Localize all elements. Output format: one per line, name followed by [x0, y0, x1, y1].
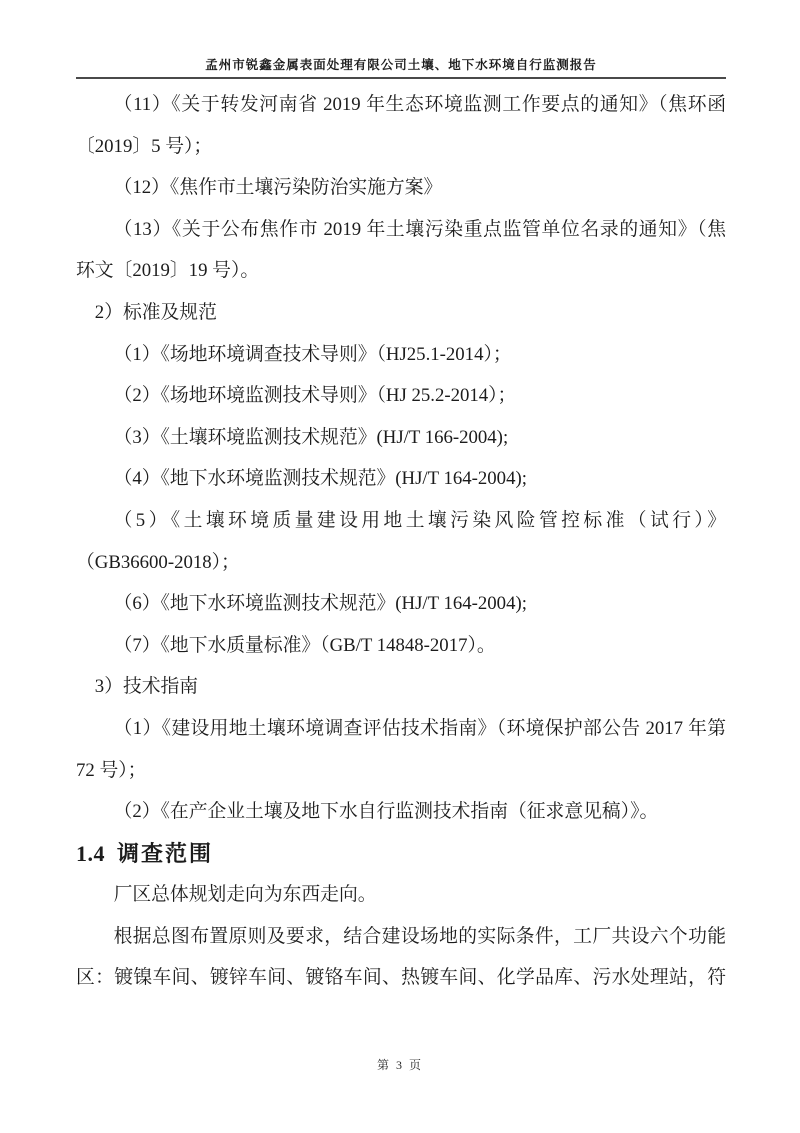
text-line: 72 号）； [76, 750, 726, 792]
text-line: （1）《建设用地土壤环境调查评估技术指南》（环境保护部公告 2017 年第 [76, 708, 726, 750]
text-line: 环文〔2019〕19 号）。 [76, 250, 726, 292]
text-line: （5）《土壤环境质量建设用地土壤污染风险管控标准（试行）》 [76, 500, 726, 542]
text-line: 厂区总体规划走向为东西走向。 [76, 874, 726, 916]
text-line: （13）《关于公布焦作市 2019 年土壤污染重点监管单位名录的通知》（焦 [76, 209, 726, 251]
section-number: 1.4 [76, 841, 105, 866]
text-line: （1）《场地环境调查技术导则》（HJ25.1-2014）； [76, 334, 726, 376]
section-title: 调查范围 [117, 841, 213, 866]
text-line: 区：镀镍车间、镀锌车间、镀铬车间、热镀车间、化学品库、污水处理站，符 [76, 957, 726, 999]
text-line: （GB36600-2018）； [76, 542, 726, 584]
text-line: （6）《地下水环境监测技术规范》(HJ/T 164-2004); [76, 583, 726, 625]
document-body: （11）《关于转发河南省 2019 年生态环境监测工作要点的通知》（焦环函〔20… [76, 84, 726, 999]
section-heading: 1.4调查范围 [76, 833, 726, 875]
text-line: 〔2019〕5 号）； [76, 126, 726, 168]
text-line: 根据总图布置原则及要求，结合建设场地的实际条件，工厂共设六个功能 [76, 916, 726, 958]
header-title: 孟州市锐鑫金属表面处理有限公司土壤、地下水环境自行监测报告 [205, 55, 597, 77]
text-line: （2）《场地环境监测技术导则》（HJ 25.2-2014）； [76, 375, 726, 417]
page-number: 第 3 页 [377, 1058, 423, 1072]
page-footer: 第 3 页 [0, 1056, 800, 1074]
text-line: （11）《关于转发河南省 2019 年生态环境监测工作要点的通知》（焦环函 [76, 84, 726, 126]
document-page: 孟州市锐鑫金属表面处理有限公司土壤、地下水环境自行监测报告 （11）《关于转发河… [0, 0, 800, 1133]
text-line: （2）《在产企业土壤及地下水自行监测技术指南（征求意见稿）》。 [76, 791, 726, 833]
page-header: 孟州市锐鑫金属表面处理有限公司土壤、地下水环境自行监测报告 [76, 0, 726, 79]
text-line: （7）《地下水质量标准》（GB/T 14848-2017）。 [76, 625, 726, 667]
text-line: （12）《焦作市土壤污染防治实施方案》 [76, 167, 726, 209]
text-line: （4）《地下水环境监测技术规范》(HJ/T 164-2004); [76, 458, 726, 500]
text-line: 3）技术指南 [76, 666, 726, 708]
text-line: （3）《土壤环境监测技术规范》(HJ/T 166-2004); [76, 417, 726, 459]
text-line: 2）标准及规范 [76, 292, 726, 334]
